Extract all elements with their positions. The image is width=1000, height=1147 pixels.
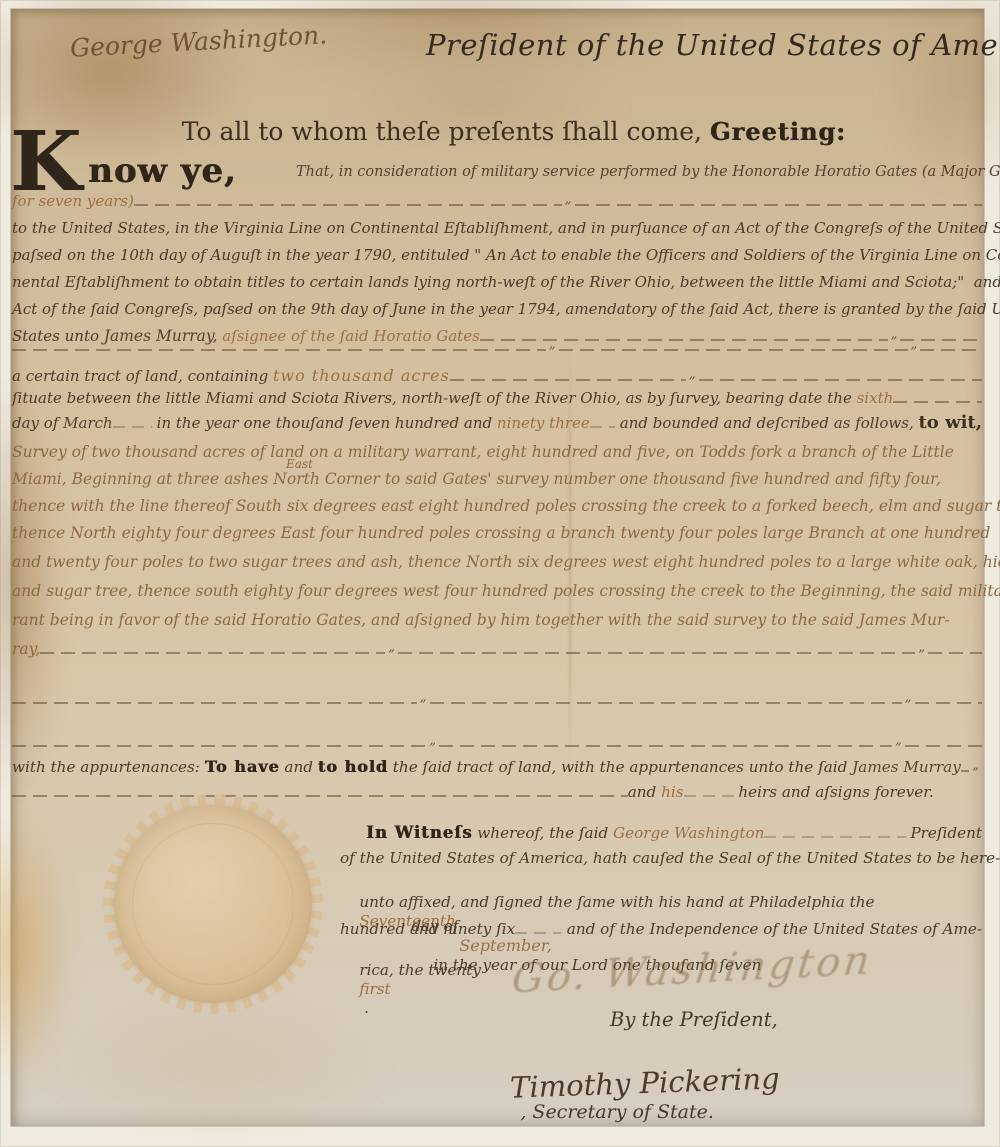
tract-line: a certain tract of land, containing two …: [12, 366, 982, 386]
survey-line-8: ray, „ „: [12, 640, 982, 659]
pickering-signature: Timothy Pickering: [510, 1060, 781, 1106]
rule-line: [12, 745, 426, 747]
ditto-mark: „: [385, 640, 398, 656]
rule-line: [12, 702, 417, 704]
ditto-mark: „: [417, 690, 430, 706]
greeting-word: Greeting:: [710, 117, 846, 146]
seal-disc: [114, 805, 312, 1003]
witness-line-1: In Witneſs whereof, the ſaid George Wash…: [366, 823, 982, 844]
date-year: ninety three: [497, 414, 590, 433]
his-hand: his: [661, 783, 683, 802]
ditto-mark: „: [546, 337, 559, 353]
knowye-initial: K: [10, 126, 82, 200]
rule-line: [928, 652, 982, 654]
ditto-mark: „: [915, 640, 928, 656]
date-month: March: [63, 414, 113, 433]
rule-line: [430, 702, 902, 704]
preamble-line-1: to the United States, in the Virginia Li…: [12, 219, 1000, 238]
to-have-words: To have: [205, 757, 280, 777]
rule-line: [515, 932, 561, 934]
document-title: Preſident of the United States of Americ…: [426, 27, 1000, 63]
situate-print: ſituate between the little Miami and Sci…: [12, 389, 857, 408]
to-hold-words: to hold: [318, 757, 388, 777]
duration-line: for seven years) „: [12, 192, 982, 211]
appurtenances-text: with the appurtenances:: [12, 758, 205, 777]
witness-print-1: whereof, the ſaid: [472, 824, 613, 843]
pickering-line: Timothy Pickering , Secretary of State.: [490, 1045, 780, 1145]
blank-rule-2: „ „: [12, 693, 982, 703]
habendum-line-1: with the appurtenances: To have and to h…: [12, 757, 982, 777]
preamble-line-4: Act of the ſaid Congreſs, paſsed on the …: [12, 300, 1000, 319]
ditto-mark: „: [426, 733, 439, 749]
rule-line: [575, 204, 983, 206]
blank-rule-3: „ „: [12, 736, 982, 746]
rule-line: [450, 379, 686, 381]
survey-line-1: Survey of two thousand acres of land on …: [12, 443, 954, 462]
tract-acreage: two thousand acres: [273, 366, 450, 386]
rule-line: [684, 795, 734, 797]
survey-line-7: rant being in favor of the said Horatio …: [12, 611, 950, 630]
rule-line: [590, 426, 615, 428]
rule-line: [915, 702, 982, 704]
rule-line: [12, 349, 546, 351]
survey-line-2: Miami, Beginning at three ashes North Co…: [12, 470, 941, 489]
preamble-line-3: nental Eſtabliſhment to obtain titles to…: [12, 273, 1000, 292]
date-print-1: day of: [12, 414, 63, 433]
ditto-mark: „: [902, 690, 915, 706]
witness-president-name: George Washington: [613, 824, 764, 843]
rule-line: [905, 745, 982, 747]
president-word: Preſident: [906, 824, 982, 843]
date-line: day of March in the year one thouſand ſe…: [12, 412, 982, 435]
ninety-six-print: hundred and ninety ſix: [340, 920, 515, 939]
first-hand: first: [359, 980, 390, 998]
survey-line-3: thence with the line thereof South six d…: [12, 497, 1000, 516]
duration-text: for seven years): [12, 192, 134, 211]
independence-print: and of the Independence of the United St…: [567, 920, 982, 939]
rule-line: [559, 349, 908, 351]
survey-line-5: and twenty four poles to two sugar trees…: [12, 553, 1000, 572]
framed-document: George Washington. Preſident of the Unit…: [0, 0, 1000, 1147]
rule-line: [439, 745, 892, 747]
and-text: and: [280, 758, 318, 777]
witness-line-5: hundred and ninety ſix and of the Indepe…: [340, 920, 982, 939]
rule-line: [113, 426, 152, 428]
situate-line: ſituate between the little Miami and Sci…: [12, 389, 982, 408]
blank-rule-1: „ „: [12, 340, 982, 350]
rule-line: [40, 652, 385, 654]
ditto-mark: „: [686, 367, 699, 383]
period-print: .: [359, 999, 369, 1017]
by-the-president: By the Preſident,: [610, 1008, 778, 1032]
rule-line: [764, 836, 905, 838]
habendum-print: the ſaid tract of land, with the appurte…: [388, 758, 852, 777]
ditto-mark: „: [969, 758, 982, 774]
ditto-mark: „: [892, 733, 905, 749]
survey-line-6: and sugar tree, thence south eighty four…: [12, 582, 1000, 601]
salutation-text: To all to whom theſe preſents ſhall come…: [182, 117, 710, 146]
survey-line-8-text: ray,: [12, 640, 40, 659]
in-witness-words: In Witneſs: [366, 823, 472, 844]
date-print-3: and bounded and deſcribed as follows,: [615, 414, 918, 433]
consideration-line: That, in consideration of military servi…: [296, 163, 1000, 181]
ditto-mark: „: [908, 337, 921, 353]
rule-line: [893, 401, 982, 403]
witness-line-2: of the United States of America, hath ca…: [340, 849, 1000, 868]
twenty-print: rica, the twenty: [359, 961, 485, 979]
wafer-seal: [103, 794, 323, 1014]
rule-line: [961, 770, 969, 772]
rule-line: [699, 379, 982, 381]
ditto-mark: „: [562, 192, 575, 208]
knowye-word: now ye,: [88, 150, 237, 193]
tract-print: a certain tract of land, containing: [12, 367, 273, 386]
to-wit: to wit,: [918, 412, 982, 435]
rule-line: [134, 204, 562, 206]
survey-line-4: thence North eighty four degrees East fo…: [12, 524, 990, 543]
heirs-print: heirs and aſsigns forever.: [734, 783, 934, 802]
preamble-line-2: paſsed on the 10th day of Auguſt in the …: [12, 246, 1000, 265]
date-print-2: in the year one thouſand ſeven hundred a…: [152, 414, 497, 433]
rule-line: [398, 652, 915, 654]
rule-line: [920, 349, 982, 351]
habendum-grantee-name: James Murray: [852, 758, 961, 777]
witness-line-6: rica, the twenty first .: [340, 942, 486, 1037]
situate-day: sixth: [857, 389, 894, 408]
and-his-print: and: [628, 783, 661, 802]
